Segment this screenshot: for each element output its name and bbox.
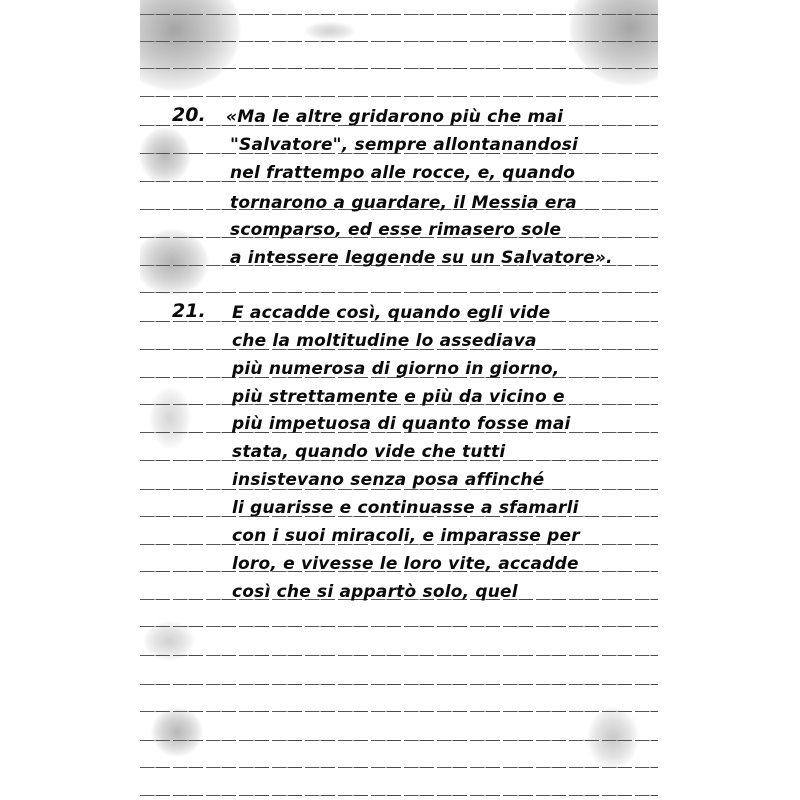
- ruled-line: [140, 767, 658, 768]
- smudge-left-2: [140, 230, 208, 295]
- smudge-left-4: [144, 622, 194, 660]
- ruled-line: [140, 740, 658, 741]
- smudge-top-left: [140, 0, 240, 90]
- verse-line: che la moltitudine lo assediava: [232, 331, 537, 351]
- verse-line: «Ma le altre gridarono più che mai: [226, 107, 563, 127]
- verse-line: stata, quando vide che tutti: [232, 442, 505, 462]
- verse-line: E accadde così, quando egli vide: [232, 303, 550, 323]
- verse-line: loro, e vivesse le loro vite, accadde: [232, 554, 579, 574]
- verse-line: scomparso, ed esse rimasero sole: [230, 220, 561, 240]
- verse-line: insistevano senza posa affinché: [232, 470, 544, 490]
- verse-line: così che si appartò solo, quel: [232, 582, 518, 602]
- ruled-line: [140, 711, 658, 712]
- ruled-line: [140, 292, 658, 293]
- smudge-left-5: [152, 708, 202, 756]
- verse-number: 20.: [172, 104, 206, 126]
- verse-line: tornarono a guardare, il Messia era: [230, 193, 577, 213]
- smudge-right-bottom: [588, 708, 638, 768]
- smudge-left-1: [140, 128, 190, 183]
- verse-line: con i suoi miracoli, e imparasse per: [232, 526, 580, 546]
- smudge-top-right: [570, 0, 658, 85]
- verse-number: 21.: [172, 300, 206, 322]
- verse-line: più numerosa di giorno in giorno,: [232, 359, 559, 379]
- verse-line: li guarisse e continuasse a sfamarli: [232, 498, 579, 518]
- smudge-dots-top: [305, 22, 355, 40]
- verse-line: più impetuosa di quanto fosse mai: [232, 414, 571, 434]
- ruled-line: [140, 795, 658, 796]
- ruled-line: [140, 96, 658, 97]
- notebook-page: 20. «Ma le altre gridarono più che mai "…: [140, 0, 658, 800]
- smudge-left-3: [150, 388, 190, 448]
- verse-line: nel frattempo alle rocce, e, quando: [230, 163, 575, 183]
- verse-line: più strettamente e più da vicino e: [232, 387, 565, 407]
- ruled-line: [140, 655, 658, 656]
- ruled-line: [140, 626, 658, 627]
- verse-line: "Salvatore", sempre allontanandosi: [230, 135, 578, 155]
- verse-line: a intessere leggende su un Salvatore».: [230, 248, 613, 268]
- ruled-line: [140, 684, 658, 685]
